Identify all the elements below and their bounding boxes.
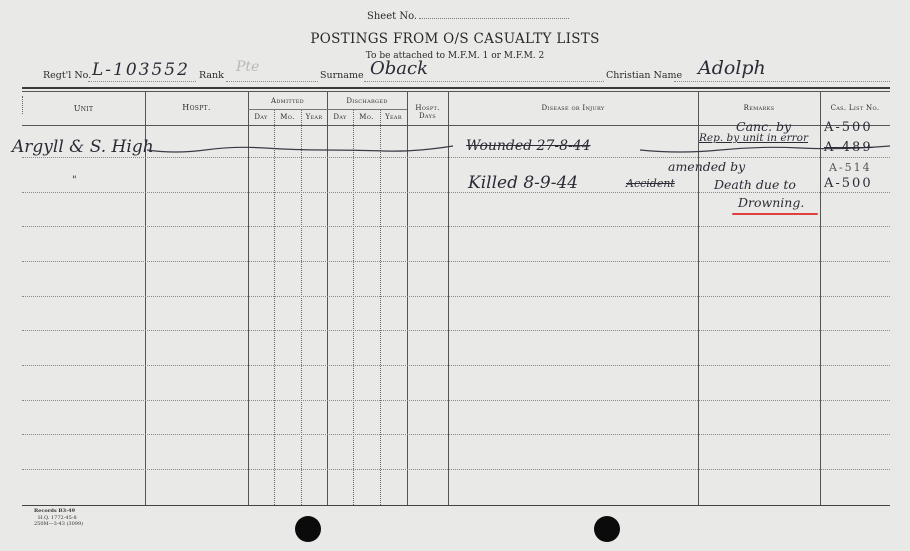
col-header-remarks: Remarks bbox=[698, 104, 820, 112]
row2-remarks: Death due to bbox=[714, 177, 796, 192]
row-line bbox=[22, 400, 890, 401]
row-line bbox=[22, 192, 890, 193]
col-header-disease: Disease or Injury bbox=[448, 104, 698, 112]
row1-cas-list: A-489 bbox=[824, 140, 873, 155]
casualty-table: Unit Hospt. Admitted Discharged Day Mo. … bbox=[0, 0, 910, 551]
col-header-admitted-mo: Mo. bbox=[274, 113, 301, 121]
row2-disease-struck: Accident bbox=[626, 177, 675, 190]
row2-unit-ditto: " bbox=[72, 175, 77, 186]
red-pencil-underline bbox=[732, 213, 818, 215]
col-header-unit: Unit bbox=[22, 104, 145, 113]
punch-hole-left bbox=[295, 516, 321, 542]
col-header-admitted: Admitted bbox=[248, 97, 327, 105]
row2-disease: Killed 8-9-44 bbox=[468, 173, 578, 193]
row1-disease: Wounded 27-8-44 bbox=[466, 138, 591, 154]
col-header-admitted-year: Year bbox=[301, 113, 327, 121]
col-header-cas-list: Cas. List No. bbox=[820, 104, 890, 112]
row-line bbox=[22, 365, 890, 366]
col-header-discharged-mo: Mo. bbox=[353, 113, 380, 121]
row2-cas-list: A-500 bbox=[824, 176, 873, 191]
footer-line3: 250M—3-43 (3099) bbox=[34, 521, 83, 528]
form-footer: Records B3-49 H.Q. 1772-45-8 250M—3-43 (… bbox=[34, 508, 83, 528]
row-line bbox=[22, 469, 890, 470]
admit-discharge-subrule bbox=[248, 109, 407, 110]
row1-cas-list-cancel: A-500 bbox=[824, 120, 873, 135]
row1-unit: Argyll & S. High bbox=[12, 137, 154, 157]
row-line bbox=[22, 434, 890, 435]
row-line bbox=[22, 226, 890, 227]
punch-hole-right bbox=[594, 516, 620, 542]
col-header-discharged-year: Year bbox=[380, 113, 407, 121]
subcol-admitted-mo-year bbox=[301, 110, 302, 505]
row-line bbox=[22, 330, 890, 331]
subcol-discharged-day-mo bbox=[353, 110, 354, 505]
row-line bbox=[22, 261, 890, 262]
row2-remarks-cause: Drowning. bbox=[738, 195, 804, 210]
row-line bbox=[22, 296, 890, 297]
subcol-discharged-mo-year bbox=[380, 110, 381, 505]
subcol-admitted-day-mo bbox=[274, 110, 275, 505]
row2-amended-note: amended by bbox=[668, 159, 745, 174]
col-header-hospt: Hospt. bbox=[145, 103, 248, 112]
col-header-discharged-day: Day bbox=[327, 113, 353, 121]
row1-remarks: Rep. by unit in error bbox=[699, 132, 808, 144]
table-bottom-rule bbox=[22, 505, 890, 506]
col-header-hosp-days: Hospt. Days bbox=[407, 104, 448, 120]
col-header-discharged: Discharged bbox=[327, 97, 407, 105]
row2-cas-list-amend: A-514 bbox=[829, 161, 872, 174]
row1-ditto-wave bbox=[145, 138, 455, 158]
col-header-admitted-day: Day bbox=[248, 113, 274, 121]
